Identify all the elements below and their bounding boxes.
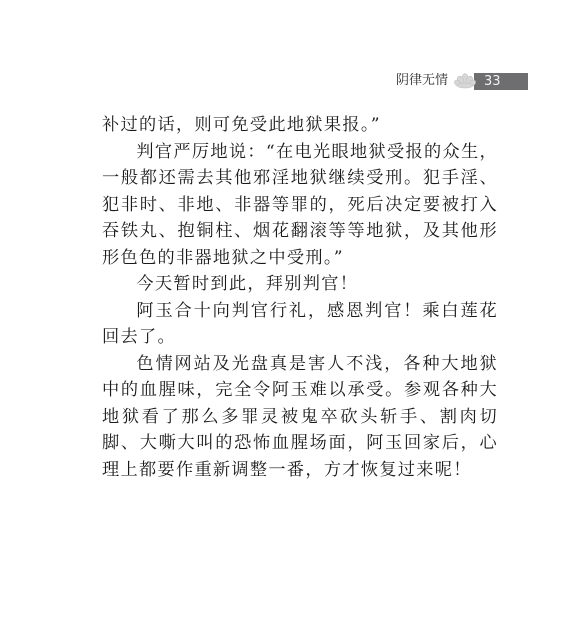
- paragraph-2: 判官严厉地说：“在电光眼地狱受报的众生，一般都还需去其他邪淫地狱继续受刑。犯手淫…: [102, 139, 498, 272]
- paragraph-3: 今天暂时到此，拜别判官！: [102, 271, 498, 298]
- body-text: 补过的话，则可免受此地狱果报。” 判官严厉地说：“在电光眼地狱受报的众生，一般都…: [102, 112, 498, 483]
- paragraph-4: 阿玉合十向判官行礼，感恩判官！乘白莲花回去了。: [102, 298, 498, 351]
- running-header: 阴律无情 33: [396, 72, 528, 90]
- lotus-icon: [454, 73, 476, 89]
- paragraph-1: 补过的话，则可免受此地狱果报。”: [102, 112, 498, 139]
- page-number: 33: [474, 73, 528, 90]
- book-title: 阴律无情: [396, 72, 448, 90]
- paragraph-5: 色情网站及光盘真是害人不浅，各种大地狱中的血腥味，完全令阿玉难以承受。参观各种大…: [102, 351, 498, 484]
